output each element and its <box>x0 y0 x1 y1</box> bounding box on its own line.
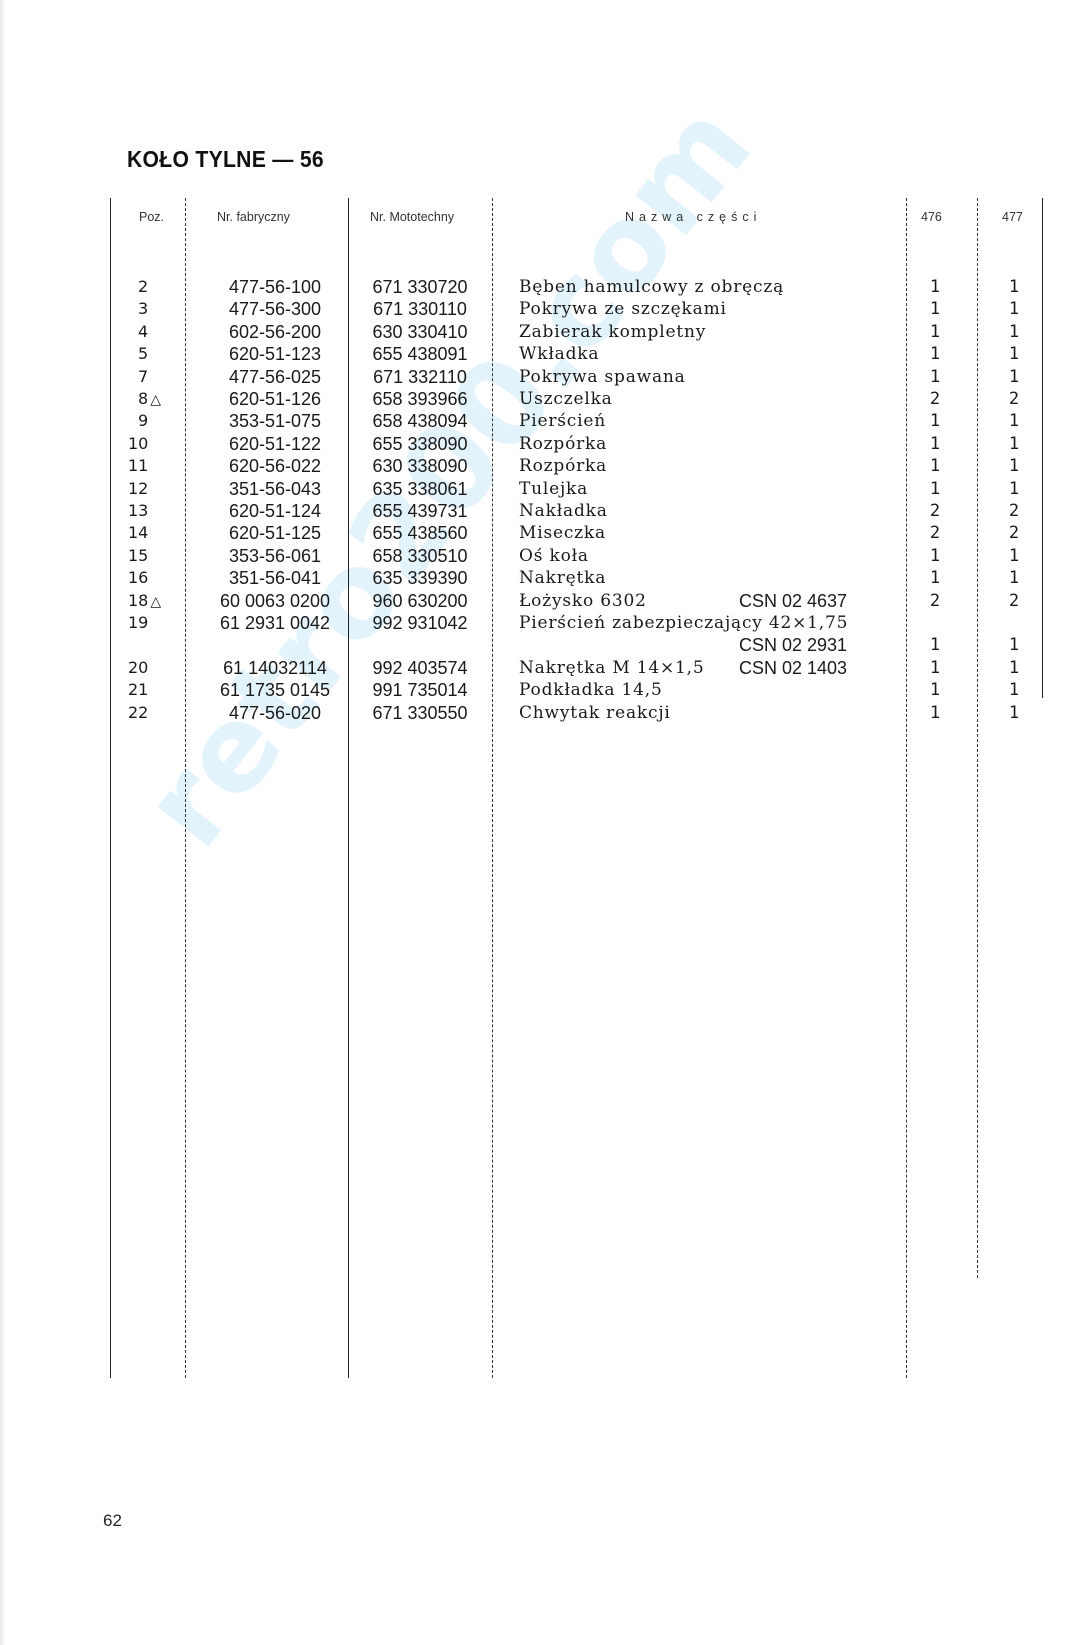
cell-name-text: Nakładka <box>519 501 608 521</box>
cell-norm-text: CSN 02 2931 <box>739 635 847 655</box>
cell-fab: 351-56-043 <box>205 478 345 500</box>
cell-fab-text: 60 0063 0200 <box>220 591 330 611</box>
table-row: CSN 02 293111 <box>0 634 1080 656</box>
cell-q477-text: 2 <box>1009 501 1019 521</box>
cell-fab: 61 14032114 <box>205 657 345 679</box>
header-model-477: 477 <box>1002 210 1023 224</box>
cell-poz: 12 <box>128 478 188 501</box>
cell-name-text: Uszczelka <box>519 389 613 409</box>
triangle-marker-icon: △ <box>150 594 161 610</box>
cell-norm-text: CSN 02 1403 <box>739 658 847 678</box>
header-model-476: 476 <box>921 210 942 224</box>
cell-q476: 1 <box>925 478 945 500</box>
cell-q476-text: 1 <box>930 456 940 476</box>
cell-name: Chwytak reakcji <box>519 702 671 724</box>
cell-q477: 1 <box>1004 276 1024 298</box>
cell-name: Zabierak kompletny <box>519 321 706 343</box>
cell-fab: 620-51-125 <box>205 522 345 544</box>
cell-poz-text: 19 <box>128 613 148 632</box>
cell-poz: 7 <box>128 366 198 389</box>
cell-poz: 21 <box>128 679 188 702</box>
cell-q477: 1 <box>1004 455 1024 477</box>
triangle-marker-icon: △ <box>150 392 161 408</box>
cell-q476-text: 2 <box>930 389 940 409</box>
table-row: 7477-56-025671 332110Pokrywa spawana11 <box>0 366 1080 388</box>
cell-moto: 960 630200 <box>355 590 485 612</box>
cell-q476-text: 1 <box>930 277 940 297</box>
cell-norm: CSN 02 2931 <box>739 634 847 656</box>
cell-q477-text: 1 <box>1009 703 1019 723</box>
cell-q476-text: 1 <box>930 322 940 342</box>
cell-q476: 1 <box>925 679 945 701</box>
cell-q476-text: 1 <box>930 635 940 655</box>
cell-moto-text: 655 439731 <box>372 501 467 521</box>
cell-poz: 9 <box>128 410 198 433</box>
cell-q477-text: 1 <box>1009 546 1019 566</box>
cell-q476-text: 1 <box>930 479 940 499</box>
cell-name: Bęben hamulcowy z obręczą <box>519 276 784 298</box>
cell-name: Rozpórka <box>519 433 607 455</box>
cell-q477: 2 <box>1004 388 1024 410</box>
cell-moto-text: 655 438560 <box>372 523 467 543</box>
cell-poz-text: 15 <box>128 546 148 565</box>
cell-fab: 620-51-124 <box>205 500 345 522</box>
cell-moto-text: 658 393966 <box>372 389 467 409</box>
cell-poz-text: 20 <box>128 658 148 677</box>
cell-norm-text: CSN 02 4637 <box>739 591 847 611</box>
cell-moto-text: 992 403574 <box>372 658 467 678</box>
cell-fab: 620-51-122 <box>205 433 345 455</box>
cell-name-text: Bęben hamulcowy z obręczą <box>519 277 784 297</box>
header-nr-mototechny: Nr. Mototechny <box>370 210 454 224</box>
cell-norm: CSN 02 4637 <box>739 590 847 612</box>
cell-poz-text: 8 <box>138 389 148 408</box>
cell-fab: 620-51-126 <box>205 388 345 410</box>
cell-fab-text: 620-51-124 <box>229 501 321 521</box>
cell-moto: 655 438091 <box>355 343 485 365</box>
cell-q477-text: 1 <box>1009 680 1019 700</box>
cell-moto-text: 671 330550 <box>372 703 467 723</box>
page-title: KOŁO TYLNE — 56 <box>127 146 324 173</box>
cell-poz: 19 <box>128 612 188 635</box>
table-row: 9353-51-075658 438094Pierścień11 <box>0 410 1080 432</box>
cell-name: Rozpórka <box>519 455 607 477</box>
cell-q477: 1 <box>1004 567 1024 589</box>
table-row: 16351-56-041635 339390Nakrętka11 <box>0 567 1080 589</box>
cell-name-text: Rozpórka <box>519 434 607 454</box>
cell-name-text: Pokrywa spawana <box>519 367 686 387</box>
cell-moto: 658 393966 <box>355 388 485 410</box>
cell-moto-text: 630 330410 <box>372 322 467 342</box>
cell-q476: 1 <box>925 321 945 343</box>
cell-fab-text: 351-56-043 <box>229 479 321 499</box>
cell-q476: 1 <box>925 455 945 477</box>
cell-name-text: Zabierak kompletny <box>519 322 706 342</box>
cell-poz: 5 <box>128 343 198 366</box>
table-row: 3477-56-300671 330110Pokrywa ze szczękam… <box>0 298 1080 320</box>
cell-q477-text: 1 <box>1009 299 1019 319</box>
cell-moto-text: 655 338090 <box>372 434 467 454</box>
table-row: 12351-56-043635 338061Tulejka11 <box>0 478 1080 500</box>
cell-q476-text: 2 <box>930 591 940 611</box>
cell-poz: 3 <box>128 298 198 321</box>
cell-poz: 13 <box>128 500 188 523</box>
cell-q477: 1 <box>1004 433 1024 455</box>
cell-poz-text: 7 <box>138 367 148 386</box>
cell-name: Uszczelka <box>519 388 613 410</box>
cell-moto: 671 330550 <box>355 702 485 724</box>
cell-moto: 630 338090 <box>355 455 485 477</box>
cell-fab: 61 2931 0042 <box>205 612 345 634</box>
cell-moto-text: 635 338061 <box>372 479 467 499</box>
cell-fab-text: 353-51-075 <box>229 411 321 431</box>
cell-name-text: Miseczka <box>519 523 606 543</box>
cell-poz-text: 18 <box>128 591 148 610</box>
cell-moto: 991 735014 <box>355 679 485 701</box>
cell-moto-text: 630 338090 <box>372 456 467 476</box>
table-row: 15353-56-061658 330510Oś koła11 <box>0 545 1080 567</box>
cell-q476: 1 <box>925 702 945 724</box>
cell-q476-text: 1 <box>930 299 940 319</box>
cell-fab-text: 477-56-020 <box>229 703 321 723</box>
cell-q477-text: 1 <box>1009 344 1019 364</box>
cell-name-text: Pierścień <box>519 411 606 431</box>
cell-moto: 655 338090 <box>355 433 485 455</box>
cell-fab: 61 1735 0145 <box>205 679 345 701</box>
cell-poz-text: 13 <box>128 501 148 520</box>
cell-fab-text: 351-56-041 <box>229 568 321 588</box>
cell-fab: 353-56-061 <box>205 545 345 567</box>
cell-moto: 658 438094 <box>355 410 485 432</box>
table-row: 18△60 0063 0200960 630200Łożysko 6302CSN… <box>0 590 1080 612</box>
cell-poz: 22 <box>128 702 188 725</box>
table-row: 2061 14032114992 403574Nakrętka M 14×1,5… <box>0 657 1080 679</box>
cell-fab-text: 353-56-061 <box>229 546 321 566</box>
cell-fab: 477-56-020 <box>205 702 345 724</box>
cell-q476: 2 <box>925 522 945 544</box>
table-row: 1961 2931 0042992 931042Pierścień zabezp… <box>0 612 1080 634</box>
cell-q477: 1 <box>1004 410 1024 432</box>
cell-q477-text: 2 <box>1009 389 1019 409</box>
cell-moto-text: 991 735014 <box>372 680 467 700</box>
cell-poz: 20 <box>128 657 188 680</box>
cell-q477-text: 1 <box>1009 568 1019 588</box>
cell-poz: 10 <box>128 433 188 456</box>
cell-q477-text: 1 <box>1009 434 1019 454</box>
table-row: 4602-56-200630 330410Zabierak kompletny1… <box>0 321 1080 343</box>
cell-moto-text: 992 931042 <box>372 613 467 633</box>
cell-q476-text: 1 <box>930 658 940 678</box>
cell-moto: 635 339390 <box>355 567 485 589</box>
cell-q476-text: 1 <box>930 546 940 566</box>
page-number: 62 <box>103 1511 122 1531</box>
cell-moto-text: 960 630200 <box>372 591 467 611</box>
table-row: 22477-56-020671 330550Chwytak reakcji11 <box>0 702 1080 724</box>
cell-name-text: Podkładka 14,5 <box>519 680 663 700</box>
cell-fab-text: 61 2931 0042 <box>220 613 330 633</box>
cell-q477: 2 <box>1004 500 1024 522</box>
cell-moto-text: 658 438094 <box>372 411 467 431</box>
cell-q477-text: 2 <box>1009 523 1019 543</box>
cell-moto: 992 931042 <box>355 612 485 634</box>
cell-moto: 658 330510 <box>355 545 485 567</box>
cell-fab-text: 477-56-300 <box>229 299 321 319</box>
cell-moto-text: 671 330720 <box>372 277 467 297</box>
cell-moto: 671 330110 <box>355 298 485 320</box>
cell-q477-text: 1 <box>1009 479 1019 499</box>
cell-q477-text: 1 <box>1009 411 1019 431</box>
cell-q476: 1 <box>925 410 945 432</box>
cell-name-text: Nakrętka <box>519 568 606 588</box>
cell-fab: 477-56-100 <box>205 276 345 298</box>
cell-name: Nakrętka M 14×1,5 <box>519 657 705 679</box>
cell-moto-text: 671 332110 <box>373 367 467 387</box>
cell-fab: 60 0063 0200 <box>205 590 345 612</box>
cell-name: Pokrywa spawana <box>519 366 686 388</box>
header-poz: Poz. <box>139 210 164 224</box>
cell-q476: 1 <box>925 657 945 679</box>
cell-fab-text: 61 14032114 <box>223 658 327 678</box>
cell-name: Nakładka <box>519 500 608 522</box>
cell-q476: 1 <box>925 567 945 589</box>
cell-fab-text: 620-51-123 <box>229 344 321 364</box>
table-row: 14620-51-125655 438560Miseczka22 <box>0 522 1080 544</box>
cell-moto: 655 439731 <box>355 500 485 522</box>
cell-name-text: Rozpórka <box>519 456 607 476</box>
table-row: 2477-56-100671 330720Bęben hamulcowy z o… <box>0 276 1080 298</box>
cell-name: Tulejka <box>519 478 588 500</box>
cell-q476: 1 <box>925 343 945 365</box>
cell-q476: 1 <box>925 366 945 388</box>
cell-poz-text: 9 <box>138 411 148 430</box>
cell-name-text: Pokrywa ze szczękami <box>519 299 727 319</box>
cell-q477-text: 1 <box>1009 456 1019 476</box>
cell-q476-text: 2 <box>930 523 940 543</box>
cell-q477-text: 2 <box>1009 591 1019 611</box>
cell-poz-text: 5 <box>138 344 148 363</box>
cell-q477: 1 <box>1004 657 1024 679</box>
cell-name: Wkładka <box>519 343 599 365</box>
cell-q476-text: 1 <box>930 703 940 723</box>
cell-moto: 635 338061 <box>355 478 485 500</box>
cell-q477: 1 <box>1004 545 1024 567</box>
cell-fab: 602-56-200 <box>205 321 345 343</box>
cell-q477: 1 <box>1004 366 1024 388</box>
cell-name: Łożysko 6302 <box>519 590 647 612</box>
cell-q476: 1 <box>925 545 945 567</box>
cell-q477: 1 <box>1004 679 1024 701</box>
table-row: 11620-56-022630 338090Rozpórka11 <box>0 455 1080 477</box>
cell-fab-text: 602-56-200 <box>229 322 321 342</box>
cell-q476: 1 <box>925 433 945 455</box>
cell-q477-text: 1 <box>1009 322 1019 342</box>
cell-q477: 1 <box>1004 478 1024 500</box>
cell-poz-text: 11 <box>128 456 148 475</box>
cell-q476-text: 1 <box>930 568 940 588</box>
cell-poz-text: 21 <box>128 680 148 699</box>
cell-q477-text: 1 <box>1009 635 1019 655</box>
cell-fab-text: 477-56-025 <box>229 367 321 387</box>
page-edge-shadow <box>0 0 6 1645</box>
table-row: 10620-51-122655 338090Rozpórka11 <box>0 433 1080 455</box>
cell-q476: 1 <box>925 634 945 656</box>
cell-fab-text: 61 1735 0145 <box>220 680 330 700</box>
cell-moto-text: 635 339390 <box>372 568 467 588</box>
cell-poz: 4 <box>128 321 198 344</box>
cell-poz: 11 <box>128 455 188 478</box>
cell-moto: 671 332110 <box>355 366 485 388</box>
cell-q477-text: 1 <box>1009 367 1019 387</box>
header-nr-fabryczny: Nr. fabryczny <box>217 210 290 224</box>
cell-poz <box>128 634 198 657</box>
cell-fab: 477-56-300 <box>205 298 345 320</box>
cell-q476-text: 1 <box>930 411 940 431</box>
cell-q477: 1 <box>1004 343 1024 365</box>
cell-q476-text: 2 <box>930 501 940 521</box>
cell-moto-text: 658 330510 <box>372 546 467 566</box>
cell-q476-text: 1 <box>930 680 940 700</box>
cell-norm: CSN 02 1403 <box>739 657 847 679</box>
cell-q476: 2 <box>925 590 945 612</box>
cell-fab-text: 620-51-126 <box>229 389 321 409</box>
cell-name-text: Chwytak reakcji <box>519 703 671 723</box>
cell-name: Oś koła <box>519 545 589 567</box>
cell-q477: 2 <box>1004 590 1024 612</box>
header-nazwa-czesci: Nazwa części <box>625 210 761 224</box>
cell-q477: 1 <box>1004 634 1024 656</box>
table-row: 2161 1735 0145991 735014Podkładka 14,511 <box>0 679 1080 701</box>
cell-poz-text: 12 <box>128 479 148 498</box>
cell-fab: 351-56-041 <box>205 567 345 589</box>
cell-poz-text: 3 <box>138 299 148 318</box>
cell-q477: 1 <box>1004 298 1024 320</box>
cell-fab-text: 620-51-125 <box>229 523 321 543</box>
cell-name: Podkładka 14,5 <box>519 679 663 701</box>
cell-q477-text: 1 <box>1009 658 1019 678</box>
cell-q476: 2 <box>925 388 945 410</box>
cell-fab: 620-56-022 <box>205 455 345 477</box>
cell-moto-text: 655 438091 <box>372 344 467 364</box>
cell-poz: 15 <box>128 545 188 568</box>
cell-q476-text: 1 <box>930 367 940 387</box>
cell-name-text: Pierścień zabezpieczający 42×1,75 <box>519 613 848 633</box>
cell-moto: 630 330410 <box>355 321 485 343</box>
cell-name-text: Nakrętka M 14×1,5 <box>519 658 705 678</box>
cell-fab: 353-51-075 <box>205 410 345 432</box>
cell-name: Miseczka <box>519 522 606 544</box>
cell-fab-text: 620-56-022 <box>229 456 321 476</box>
cell-name: Nakrętka <box>519 567 606 589</box>
cell-poz-text: 4 <box>138 322 148 341</box>
cell-poz: 16 <box>128 567 188 590</box>
cell-q477-text: 1 <box>1009 277 1019 297</box>
cell-poz: 2 <box>128 276 198 299</box>
cell-q477: 2 <box>1004 522 1024 544</box>
table-row: 5620-51-123655 438091Wkładka11 <box>0 343 1080 365</box>
cell-q476-text: 1 <box>930 344 940 364</box>
cell-name-text: Oś koła <box>519 546 589 566</box>
cell-name: Pierścień zabezpieczający 42×1,75 <box>519 612 848 634</box>
cell-q477: 1 <box>1004 321 1024 343</box>
cell-q476-text: 1 <box>930 434 940 454</box>
cell-moto-text: 671 330110 <box>373 299 467 319</box>
cell-fab-text: 620-51-122 <box>229 434 321 454</box>
cell-name: Pierścień <box>519 410 606 432</box>
cell-poz: 14 <box>128 522 188 545</box>
cell-moto: 992 403574 <box>355 657 485 679</box>
cell-poz: 8△ <box>128 388 198 411</box>
cell-name: Pokrywa ze szczękami <box>519 298 727 320</box>
table-row: 13620-51-124655 439731Nakładka22 <box>0 500 1080 522</box>
cell-moto: 671 330720 <box>355 276 485 298</box>
cell-q476: 2 <box>925 500 945 522</box>
cell-q476: 1 <box>925 276 945 298</box>
cell-poz: 18△ <box>128 590 188 613</box>
cell-name-text: Łożysko 6302 <box>519 591 647 611</box>
cell-q476: 1 <box>925 298 945 320</box>
cell-poz-text: 16 <box>128 568 148 587</box>
cell-poz-text: 10 <box>128 434 148 453</box>
table-row: 8△620-51-126658 393966Uszczelka22 <box>0 388 1080 410</box>
cell-moto: 655 438560 <box>355 522 485 544</box>
cell-name-text: Tulejka <box>519 479 588 499</box>
cell-poz-text: 2 <box>138 277 148 296</box>
cell-fab: 477-56-025 <box>205 366 345 388</box>
cell-q477: 1 <box>1004 702 1024 724</box>
cell-fab: 620-51-123 <box>205 343 345 365</box>
cell-name-text: Wkładka <box>519 344 599 364</box>
cell-poz-text: 22 <box>128 703 148 722</box>
cell-poz-text: 14 <box>128 523 148 542</box>
cell-fab-text: 477-56-100 <box>229 277 321 297</box>
